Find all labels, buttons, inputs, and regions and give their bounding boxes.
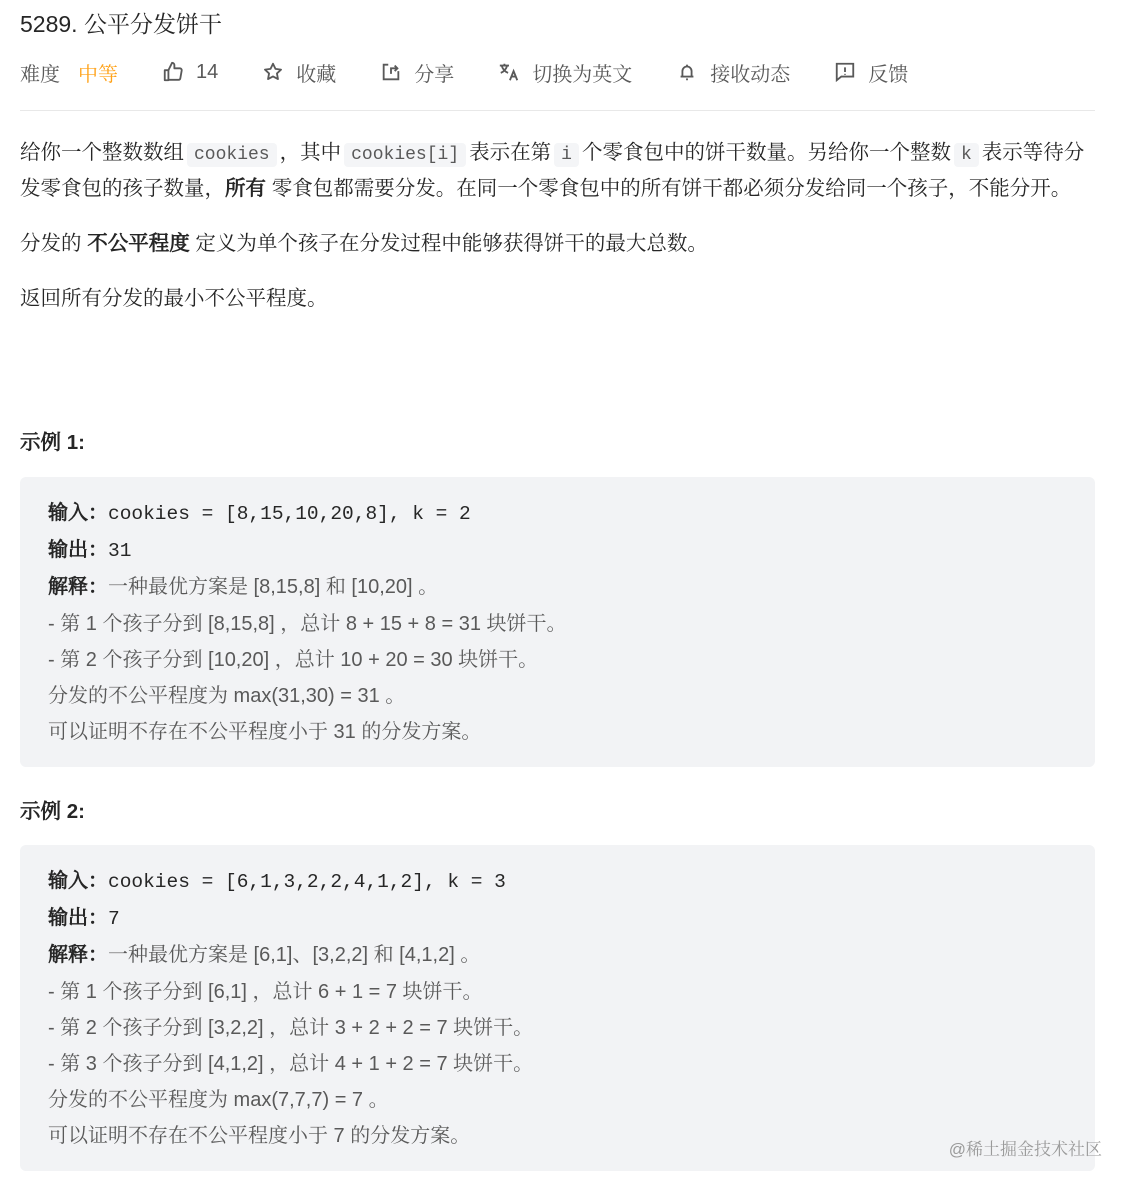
like-count: 14 bbox=[196, 61, 218, 84]
favorite-label: 收藏 bbox=[296, 58, 336, 87]
example-detail: 分发的不公平程度为 max(7,7,7) = 7 。 bbox=[48, 1082, 1067, 1118]
example-detail: - 第 2 个孩子分到 [10,20] ，总计 10 + 20 = 30 块饼干… bbox=[48, 642, 1067, 678]
example-1-title: 示例 1: bbox=[20, 425, 85, 455]
problem-meta-bar: 难度 中等 14 收藏 分享 切换为英文 接收动态 反馈 bbox=[20, 56, 952, 88]
share-icon bbox=[380, 61, 402, 83]
feedback-button[interactable]: 反馈 bbox=[834, 58, 908, 87]
inline-code: cookies[i] bbox=[344, 143, 466, 167]
example-detail: - 第 2 个孩子分到 [3,2,2] ，总计 3 + 2 + 2 = 7 块饼… bbox=[48, 1010, 1067, 1046]
share-button[interactable]: 分享 bbox=[380, 58, 454, 87]
star-icon bbox=[262, 61, 284, 83]
description-paragraph-3: 返回所有分发的最小不公平程度。 bbox=[20, 282, 1095, 315]
divider bbox=[20, 110, 1095, 111]
switch-language-label: 切换为英文 bbox=[532, 58, 632, 87]
example-detail: 可以证明不存在不公平程度小于 31 的分发方案。 bbox=[48, 714, 1067, 750]
subscribe-button[interactable]: 接收动态 bbox=[676, 58, 790, 87]
example-detail: - 第 3 个孩子分到 [4,1,2] ，总计 4 + 1 + 2 = 7 块饼… bbox=[48, 1046, 1067, 1082]
example-detail: - 第 1 个孩子分到 [6,1] ，总计 6 + 1 = 7 块饼干。 bbox=[48, 974, 1067, 1010]
description-paragraph-2: 分发的 不公平程度 定义为单个孩子在分发过程中能够获得饼干的最大总数。 bbox=[20, 227, 1095, 260]
bell-icon bbox=[676, 61, 698, 83]
example-output: 输出：31 bbox=[48, 532, 1067, 569]
translate-icon bbox=[498, 61, 520, 83]
description-paragraph-1: 给你一个整数数组cookies，其中cookies[i]表示在第i个零食包中的饼… bbox=[20, 136, 1095, 205]
example-explanation: 解释：一种最优方案是 [6,1]、[3,2,2] 和 [4,1,2] 。 bbox=[48, 937, 1067, 973]
example-input: 输入：cookies = [6,1,3,2,2,4,1,2], k = 3 bbox=[48, 863, 1067, 900]
subscribe-label: 接收动态 bbox=[710, 58, 790, 87]
difficulty-label: 难度 bbox=[20, 58, 60, 87]
share-label: 分享 bbox=[414, 58, 454, 87]
inline-code: i bbox=[554, 143, 579, 167]
difficulty: 难度 中等 bbox=[20, 58, 118, 87]
thumbs-up-icon bbox=[162, 61, 184, 83]
switch-language-button[interactable]: 切换为英文 bbox=[498, 58, 632, 87]
example-1-block: 输入：cookies = [8,15,10,20,8], k = 2 输出：31… bbox=[20, 477, 1095, 767]
example-2-block: 输入：cookies = [6,1,3,2,2,4,1,2], k = 3 输出… bbox=[20, 845, 1095, 1171]
feedback-icon bbox=[834, 61, 856, 83]
favorite-button[interactable]: 收藏 bbox=[262, 58, 336, 87]
problem-title: 5289. 公平分发饼干 bbox=[20, 8, 222, 40]
watermark: @稀土掘金技术社区 bbox=[949, 1135, 1102, 1160]
example-detail: 可以证明不存在不公平程度小于 7 的分发方案。 bbox=[48, 1118, 1067, 1154]
inline-code: cookies bbox=[187, 143, 277, 167]
like-button[interactable]: 14 bbox=[162, 61, 218, 84]
example-explanation: 解释：一种最优方案是 [8,15,8] 和 [10,20] 。 bbox=[48, 569, 1067, 605]
difficulty-value: 中等 bbox=[78, 58, 118, 87]
example-detail: - 第 1 个孩子分到 [8,15,8] ，总计 8 + 15 + 8 = 31… bbox=[48, 606, 1067, 642]
inline-code: k bbox=[954, 143, 979, 167]
feedback-label: 反馈 bbox=[868, 58, 908, 87]
bold-text: 所有 bbox=[225, 177, 266, 200]
example-input: 输入：cookies = [8,15,10,20,8], k = 2 bbox=[48, 495, 1067, 532]
example-detail: 分发的不公平程度为 max(31,30) = 31 。 bbox=[48, 678, 1067, 714]
bold-text: 不公平程度 bbox=[87, 232, 190, 255]
problem-description: 给你一个整数数组cookies，其中cookies[i]表示在第i个零食包中的饼… bbox=[20, 136, 1095, 337]
example-2-title: 示例 2: bbox=[20, 794, 85, 824]
example-output: 输出：7 bbox=[48, 900, 1067, 937]
